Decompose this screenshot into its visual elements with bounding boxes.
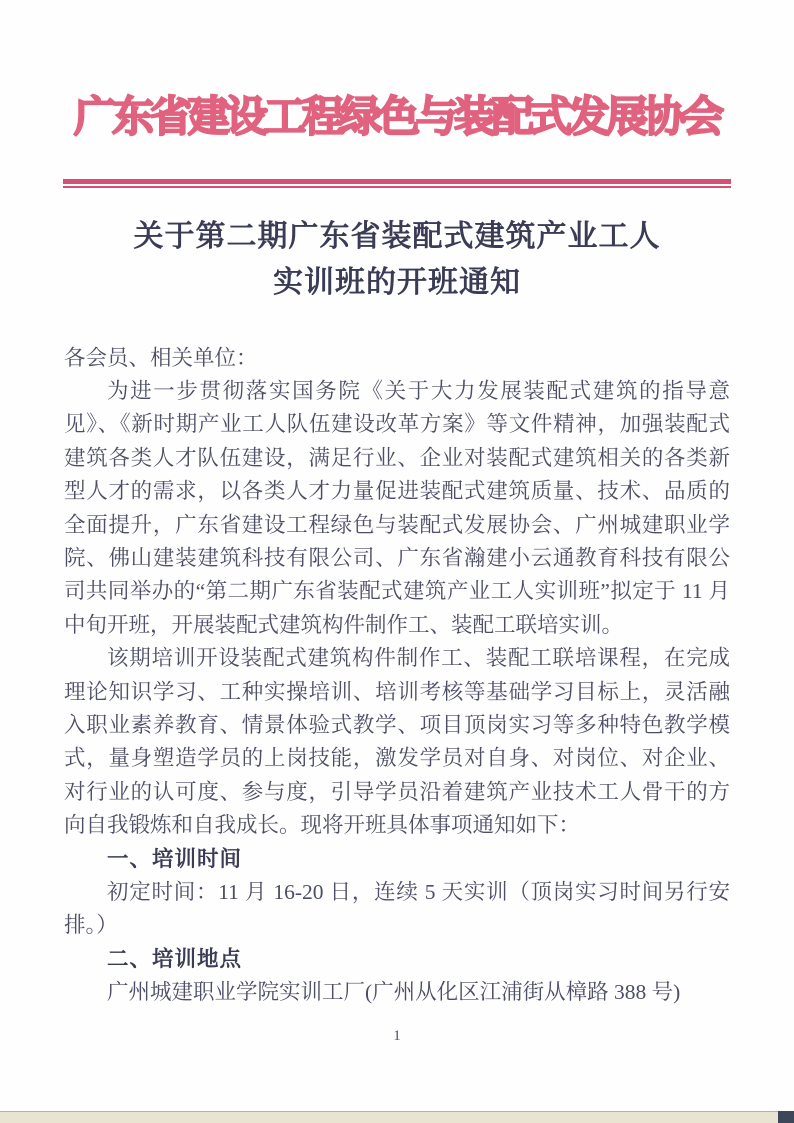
scan-bottom-strip: [0, 1111, 794, 1123]
paragraph-2: 该期培训开设装配式建筑构件制作工、装配工联培课程，在完成理论知识学习、工种实操培…: [64, 642, 730, 842]
scan-edge-corner: [778, 1111, 794, 1123]
doc-title-line2: 实训班的开班通知: [273, 266, 521, 299]
letterhead-org-title: 广东省建设工程绿色与装配式发展协会: [38, 92, 756, 145]
section-2-body: 广州城建职业学院实训工厂(广州从化区江浦街从樟路 388 号): [64, 976, 730, 1009]
paragraph-1: 为进一步贯彻落实国务院《关于大力发展装配式建筑的指导意见》、《新时期产业工人队伍…: [64, 375, 730, 642]
document-page: 广东省建设工程绿色与装配式发展协会 关于第二期广东省装配式建筑产业工人 实训班的…: [0, 0, 794, 1123]
section-1-body: 初定时间：11 月 16-20 日，连续 5 天实训（顶岗实习时间另行安排。）: [64, 876, 730, 943]
page-number: 1: [0, 1028, 794, 1045]
doc-title: 关于第二期广东省装配式建筑产业工人 实训班的开班通知: [0, 214, 794, 306]
section-1-heading: 一、培训时间: [64, 843, 730, 876]
doc-title-line1: 关于第二期广东省装配式建筑产业工人: [134, 220, 661, 253]
red-divider-rule: [63, 179, 731, 188]
notice-body: 各会员、相关单位： 为进一步贯彻落实国务院《关于大力发展装配式建筑的指导意见》、…: [64, 342, 730, 1010]
section-2-heading: 二、培训地点: [64, 943, 730, 976]
salutation: 各会员、相关单位：: [64, 342, 730, 375]
